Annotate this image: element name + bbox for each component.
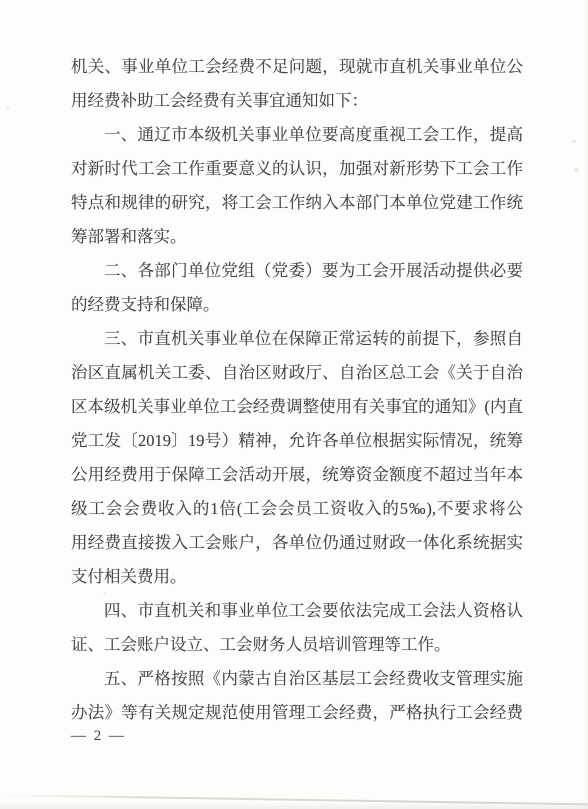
paragraph-item-1: 一、通辽市本级机关事业单位要高度重视工会工作，提高 对新时代工会工作重要意义的认… xyxy=(71,118,523,254)
paragraph-continuation: 机关、事业单位工会经费不足问题，现就市直机关事业单位公 用经费补助工会经费有关事… xyxy=(71,50,523,118)
text-line: 一、通辽市本级机关事业单位要高度重视工会工作，提高 xyxy=(71,118,523,152)
text-line: 筹部署和落实。 xyxy=(71,220,523,254)
text-line: 证、工会账户设立、工会财务人员培训管理等工作。 xyxy=(71,628,523,662)
text-line: 办法》等有关规定规范使用管理工会经费，严格执行工会经费 xyxy=(71,696,523,730)
text-line: 四、市直机关和事业单位工会要依法完成工会法人资格认 xyxy=(71,594,523,628)
text-line: 五、严格按照《内蒙古自治区基层工会经费收支管理实施 xyxy=(71,662,523,696)
text-line: 支付相关费用。 xyxy=(71,560,523,594)
text-line: 特点和规律的研究，将工会工作纳入本部门本单位党建工作统 xyxy=(71,186,523,220)
text-line: 对新时代工会工作重要意义的认识，加强对新形势下工会工作 xyxy=(71,152,523,186)
paragraph-item-2: 二、各部门单位党组（党委）要为工会开展活动提供必要 的经费支持和保障。 xyxy=(71,254,523,322)
text-line: 公用经费用于保障工会活动开展，统筹资金额度不超过当年本 xyxy=(71,458,523,492)
paragraph-item-3: 三、市直机关事业单位在保障正常运转的前提下，参照自 治区直属机关工委、自治区财政… xyxy=(71,322,523,594)
scan-bottom-shadow xyxy=(0,802,588,809)
text-line: 二、各部门单位党组（党委）要为工会开展活动提供必要 xyxy=(71,254,523,288)
scan-speck xyxy=(6,106,9,109)
document-body: 机关、事业单位工会经费不足问题，现就市直机关事业单位公 用经费补助工会经费有关事… xyxy=(71,50,523,750)
text-line: 党工发〔2019〕19号）精神，允许各单位根据实际情况，统筹 xyxy=(71,424,523,458)
text-line: 的经费支持和保障。 xyxy=(71,288,523,322)
paragraph-item-4: 四、市直机关和事业单位工会要依法完成工会法人资格认 证、工会账户设立、工会财务人… xyxy=(71,594,523,662)
scan-speck xyxy=(572,140,576,143)
scanned-document-page: 机关、事业单位工会经费不足问题，现就市直机关事业单位公 用经费补助工会经费有关事… xyxy=(0,0,588,809)
text-line: 机关、事业单位工会经费不足问题，现就市直机关事业单位公 xyxy=(71,50,523,84)
text-line: 治区直属机关工委、自治区财政厅、自治区总工会《关于自治 xyxy=(71,356,523,390)
text-line: 用经费补助工会经费有关事宜通知如下： xyxy=(71,84,523,118)
text-line: 区本级机关事业单位工会经费调整使用有关事宜的通知》(内直 xyxy=(71,390,523,424)
scan-speck xyxy=(574,168,579,172)
scan-speck xyxy=(103,592,106,594)
text-line: 三、市直机关事业单位在保障正常运转的前提下，参照自 xyxy=(71,322,523,356)
text-line: 级工会会费收入的1倍(工会会员工资收入的5‰),不要求将公 xyxy=(71,492,523,526)
text-line: 用经费直接拨入工会账户，各单位仍通过财政一体化系统据实 xyxy=(71,526,523,560)
paragraph-item-5: 五、严格按照《内蒙古自治区基层工会经费收支管理实施 办法》等有关规定规范使用管理… xyxy=(71,662,523,730)
